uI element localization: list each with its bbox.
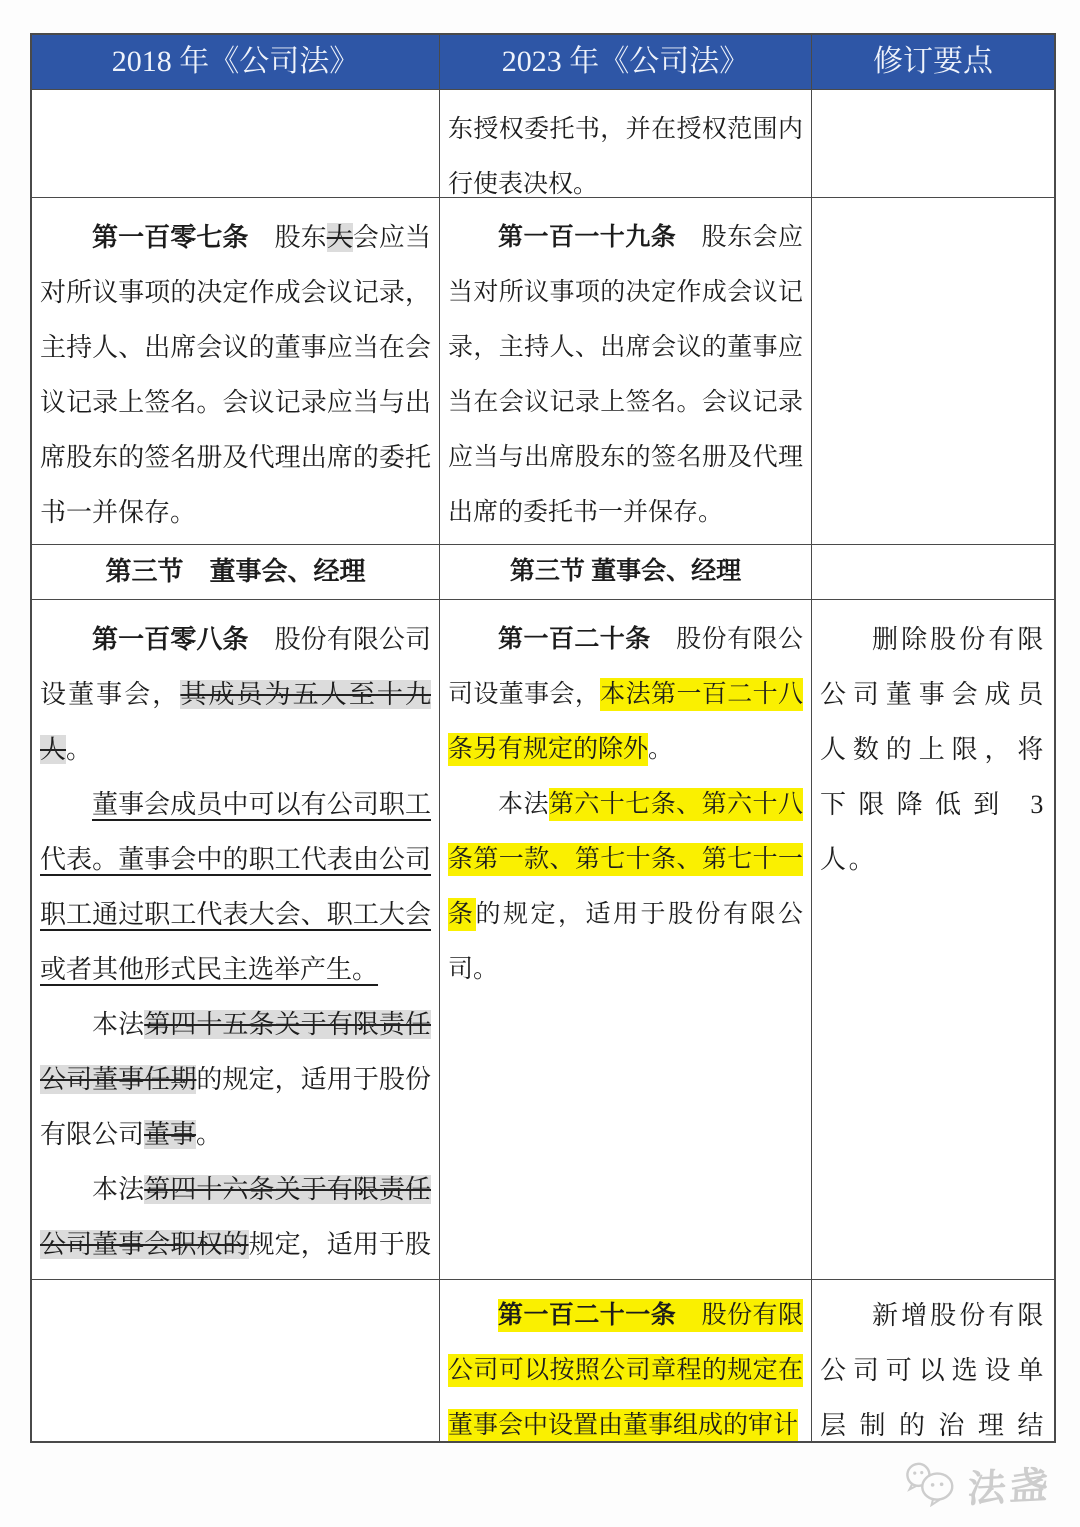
header-2018-law: 2018 年《公司法》 [32,35,440,89]
paragraph: 本法第四十六条关于有限责任公司董事会职权的规定，适用于股份有限公司董事会。 [40,1162,431,1279]
row-section3-heading-old-cell: 第三节 董事会、经理 [32,545,440,599]
text-segment: 删除股份有限公司董事会成员人数的上限，将下限降低到 3 人。 [820,625,1046,874]
text-segment: 。 [196,1120,222,1149]
row-art119-continuation: 东授权委托书，并在授权范围内行使表决权。 [32,90,1054,198]
paragraph: 删除股份有限公司董事会成员人数的上限，将下限降低到 3 人。 [820,612,1046,887]
text-segment: 会应当对所议事项的决定作成会议记录，主持人、出席会议的董事应当在会议记录上签名。… [40,223,431,527]
text-segment: 。 [66,735,92,764]
paragraph: 第一百一十九条 股东会应当对所议事项的决定作成会议记录，主持人、出席会议的董事应… [448,210,803,540]
row-art119-continuation-notes-cell [812,90,1054,197]
paragraph: 新增股份有限公司可以选设单层制的治理结构，并明 [820,1288,1046,1441]
row-section3-heading-new-cell: 第三节 董事会、经理 [440,545,812,599]
table-body: 东授权委托书，并在授权范围内行使表决权。第一百零七条 股东大会应当对所议事项的决… [32,90,1054,1441]
text-segment: 本法 [498,791,549,818]
text-segment: 股东会应当对所议事项的决定作成会议记录，主持人、出席会议的董事应当在会议记录上签… [448,224,803,526]
text-segment: 本法 [92,1010,144,1039]
paragraph: 第三节 董事会、经理 [40,545,431,598]
row-art119-continuation-old-cell [32,90,440,197]
text-segment: 第三节 董事会、经理 [105,557,365,586]
deleted-text: 大 [327,223,353,252]
text-segment: 的规定，适用于股份有限公司。 [448,901,803,983]
paragraph: 本法第四十五条关于有限责任公司董事任期的规定，适用于股份有限公司董事。 [40,997,431,1162]
text-segment: 第三节 董事会、经理 [510,558,741,585]
row-art107-vs-119-new-cell: 第一百一十九条 股东会应当对所议事项的决定作成会议记录，主持人、出席会议的董事应… [440,198,812,544]
paragraph: 第一百二十一条 股份有限公司可以按照公司章程的规定在董事会中设置由董事组成的审计 [448,1288,803,1441]
text-segment: 股东 [248,223,326,252]
text-segment: 东授权委托书，并在授权范围内行使表决权。 [448,116,803,197]
text-segment: 第一百零八条 [92,625,249,654]
row-section3-heading: 第三节 董事会、经理第三节 董事会、经理 [32,545,1054,600]
text-segment: 新增股份有限公司可以选设单层制的治理结构，并明 [820,1301,1046,1441]
row-art119-continuation-new-cell: 东授权委托书，并在授权范围内行使表决权。 [440,90,812,197]
text-segment: 第一百一十九条 [498,224,676,251]
row-art107-vs-119-notes-cell [812,198,1054,544]
row-art121-new: 第一百二十一条 股份有限公司可以按照公司章程的规定在董事会中设置由董事组成的审计… [32,1280,1054,1441]
watermark: 法盏 [902,1448,1072,1518]
text-segment: 第一百零七条 [92,223,248,252]
wechat-chat-bubbles-icon [900,1457,961,1509]
row-art121-new-new-cell: 第一百二十一条 股份有限公司可以按照公司章程的规定在董事会中设置由董事组成的审计 [440,1280,812,1441]
paragraph: 第三节 董事会、经理 [448,545,803,598]
row-art108-vs-120-old-cell: 第一百零八条 股份有限公司设董事会，其成员为五人至十九人。董事会成员中可以有公司… [32,600,440,1279]
row-art108-vs-120-notes-cell: 删除股份有限公司董事会成员人数的上限，将下限降低到 3 人。 [812,600,1054,1279]
row-art108-vs-120: 第一百零八条 股份有限公司设董事会，其成员为五人至十九人。董事会成员中可以有公司… [32,600,1054,1280]
highlighted-new-text: 第一百二十一条 [498,1299,676,1332]
page: 2018 年《公司法》 2023 年《公司法》 修订要点 东授权委托书，并在授权… [0,0,1080,1527]
row-art107-vs-119-old-cell: 第一百零七条 股东大会应当对所议事项的决定作成会议记录，主持人、出席会议的董事应… [32,198,440,544]
header-2023-law: 2023 年《公司法》 [440,35,812,89]
text-segment: 第一百二十条 [498,626,651,653]
law-comparison-table: 2018 年《公司法》 2023 年《公司法》 修订要点 东授权委托书，并在授权… [30,33,1056,1443]
deleted-text: 董事 [144,1120,196,1149]
row-art108-vs-120-new-cell: 第一百二十条 股份有限公司设董事会，本法第一百二十八条另有规定的除外。本法第六十… [440,600,812,1279]
text-segment: 。 [648,736,673,763]
text-segment: 本法 [92,1175,144,1204]
paragraph: 第一百零八条 股份有限公司设董事会，其成员为五人至十九人。 [40,612,431,777]
inserted-underlined-text: 董事会成员中可以有公司职工代表。董事会中的职工代表由公司职工通过职工代表大会、职… [40,790,431,984]
paragraph: 第一百二十条 股份有限公司设董事会，本法第一百二十八条另有规定的除外。 [448,612,803,777]
paragraph: 第一百零七条 股东大会应当对所议事项的决定作成会议记录，主持人、出席会议的董事应… [40,210,431,540]
row-art107-vs-119: 第一百零七条 股东大会应当对所议事项的决定作成会议记录，主持人、出席会议的董事应… [32,198,1054,545]
row-art121-new-old-cell [32,1280,440,1441]
header-revision-notes: 修订要点 [812,35,1054,89]
paragraph: 本法第六十七条、第六十八条第一款、第七十条、第七十一条的规定，适用于股份有限公司… [448,777,803,997]
watermark-label: 法盏 [966,1453,1053,1512]
paragraph: 东授权委托书，并在授权范围内行使表决权。 [448,102,803,197]
row-art121-new-notes-cell: 新增股份有限公司可以选设单层制的治理结构，并明 [812,1280,1054,1441]
row-section3-heading-notes-cell [812,545,1054,599]
table-header-row: 2018 年《公司法》 2023 年《公司法》 修订要点 [32,35,1054,90]
paragraph: 董事会成员中可以有公司职工代表。董事会中的职工代表由公司职工通过职工代表大会、职… [40,777,431,997]
